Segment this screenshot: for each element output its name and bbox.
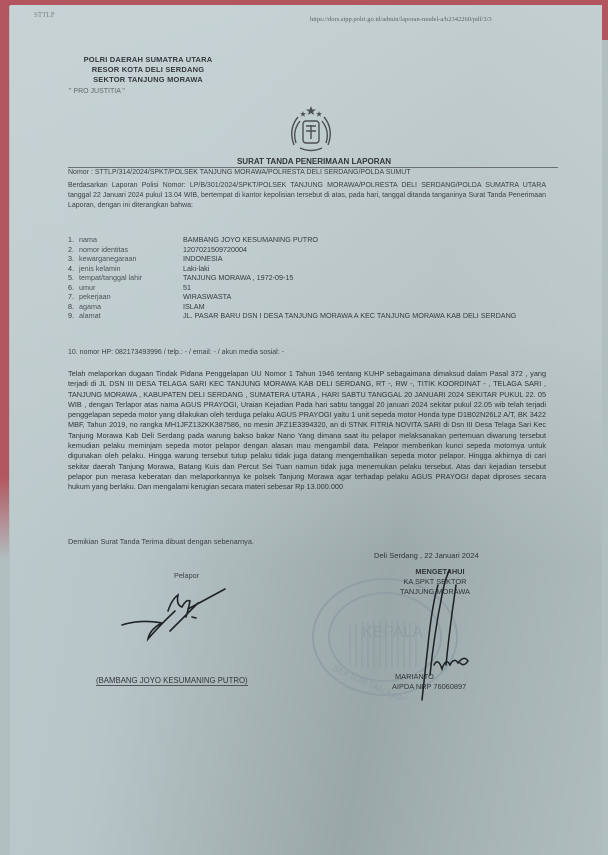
field-row: 5.tempat/tanggal lahirTANJUNG MORAWA , 1… (68, 273, 548, 283)
document-number: Nomor : STTLP/314/2024/SPKT/POLSEK TANJU… (68, 167, 558, 176)
field-value: 1207021509720004 (183, 245, 548, 255)
field-value: JL. PASAR BARU DSN I DESA TANJUNG MORAWA… (183, 311, 548, 321)
field-value: Laki-laki (183, 264, 548, 274)
field-value: TANJUNG MORAWA , 1972-09-15 (183, 273, 548, 283)
officer-rank-nrp: AIPDA NRP 76060897 (392, 682, 466, 691)
reporter-name: (BAMBANG JOYO KESUMANING PUTRO) (96, 676, 248, 686)
field-number: 5. (68, 273, 79, 283)
field-label: nomor identitas (79, 245, 183, 255)
polri-emblem-icon (286, 105, 336, 153)
field-value: 51 (183, 283, 548, 293)
reporter-fields: 1.namaBAMBANG JOYO KESUMANING PUTRO2.nom… (68, 235, 548, 321)
field-label: kewarganegaraan (79, 254, 183, 264)
field-number: 7. (68, 292, 79, 302)
field-label: tempat/tanggal lahir (79, 273, 183, 283)
field-row: 6.umur51 (68, 283, 548, 293)
field-row: 4.jenis kelaminLaki-laki (68, 264, 548, 274)
field-row: 8.agamaISLAM (68, 302, 548, 312)
field-number: 1. (68, 235, 79, 245)
field-value: WIRASWASTA (183, 292, 548, 302)
document-title: SURAT TANDA PENERIMAAN LAPORAN (70, 157, 558, 166)
background-red-left (0, 0, 9, 560)
issuer-line: RESOR KOTA DELI SERDANG (68, 65, 228, 75)
field-value: ISLAM (183, 302, 548, 312)
issuer-header: POLRI DAERAH SUMATRA UTARA RESOR KOTA DE… (68, 55, 228, 85)
field-row: 2.nomor identitas1207021509720004 (68, 245, 548, 255)
closing-statement: Demikian Surat Tanda Terima dibuat denga… (68, 537, 254, 546)
field-row: 9.alamatJL. PASAR BARU DSN I DESA TANJUN… (68, 311, 548, 321)
signing-place-date: Deli Serdang , 22 Januari 2024 (374, 551, 479, 560)
field-label: umur (79, 283, 183, 293)
field-label: pekerjaan (79, 292, 183, 302)
field-number: 9. (68, 311, 79, 321)
field-label: alamat (79, 311, 183, 321)
incident-description: Telah melaporkan dugaan Tindak Pidana Pe… (68, 369, 546, 493)
reporter-signature (120, 581, 240, 645)
field-label: nama (79, 235, 183, 245)
field-number: 6. (68, 283, 79, 293)
issuer-line: SEKTOR TANJUNG MORAWA (68, 75, 228, 85)
form-code: STTLP (34, 11, 55, 19)
reporter-label: Pelapor (174, 571, 199, 580)
contact-line: 10. nomor HP: 082173493996 / telp.: - / … (68, 349, 284, 356)
field-row: 1.namaBAMBANG JOYO KESUMANING PUTRO (68, 235, 548, 245)
field-number: 8. (68, 302, 79, 312)
field-value: INDONESIA (183, 254, 548, 264)
background-red-right (602, 0, 608, 40)
pro-justitia: " PRO JUSTITIA " (69, 88, 125, 95)
field-label: agama (79, 302, 183, 312)
field-row: 7.pekerjaanWIRASWASTA (68, 292, 548, 302)
intro-paragraph: Berdasarkan Laporan Polisi Nomor: LP/B/3… (68, 181, 546, 211)
field-value: BAMBANG JOYO KESUMANING PUTRO (183, 235, 548, 245)
print-url: https://dors.sipp.polri.go.id/admin/lapo… (310, 16, 492, 23)
field-number: 2. (68, 245, 79, 255)
document-paper: STTLP https://dors.sipp.polri.go.id/admi… (10, 5, 602, 855)
field-number: 3. (68, 254, 79, 264)
field-row: 3.kewarganegaraanINDONESIA (68, 254, 548, 264)
field-number: 4. (68, 264, 79, 274)
officer-name: MARIANTO (395, 672, 434, 681)
issuer-line: POLRI DAERAH SUMATRA UTARA (68, 55, 228, 65)
field-label: jenis kelamin (79, 264, 183, 274)
